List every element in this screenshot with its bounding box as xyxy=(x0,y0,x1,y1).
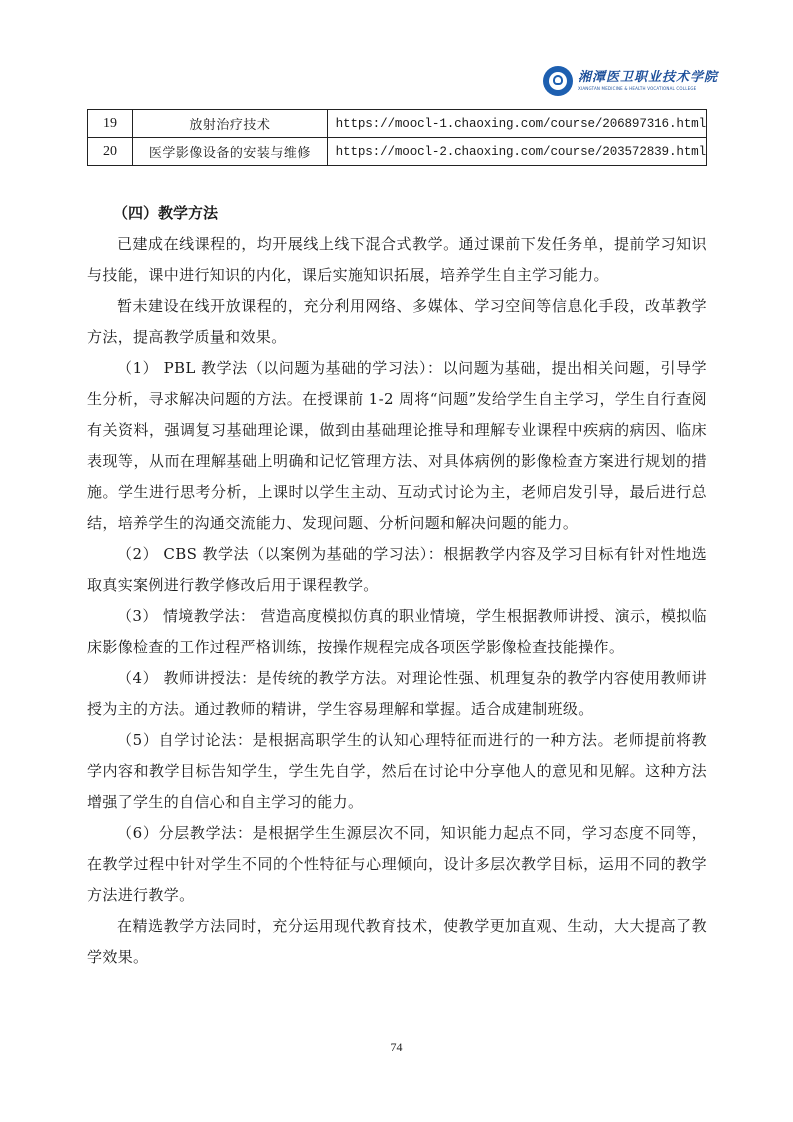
section-heading: （四）教学方法 xyxy=(113,198,707,229)
logo-name-en: XIANGTAN MEDICINE & HEALTH VOCATIONAL CO… xyxy=(578,87,718,91)
paragraph-no-online-courses: 暂未建设在线开放课程的，充分利用网络、多媒体、学习空间等信息化手段，改革教学方法… xyxy=(87,291,707,353)
paragraph-situational-method: （3） 情境教学法： 营造高度模拟仿真的职业情境，学生根据教师讲授、演示，模拟临… xyxy=(87,601,707,663)
course-url-link[interactable]: https://moocl-2.chaoxing.com/course/2035… xyxy=(327,138,706,166)
course-name: 医学影像设备的安装与维修 xyxy=(133,138,328,166)
college-logo: 湘潭医卫职业技术学院 XIANGTAN MEDICINE & HEALTH VO… xyxy=(543,66,718,96)
course-name: 放射治疗技术 xyxy=(133,110,328,138)
paragraph-self-study-method: （5）自学讨论法：是根据高职学生的认知心理特征而进行的一种方法。老师提前将教学内… xyxy=(87,725,707,818)
logo-text: 湘潭医卫职业技术学院 XIANGTAN MEDICINE & HEALTH VO… xyxy=(578,71,718,91)
paragraph-lecture-method: （4） 教师讲授法：是传统的教学方法。对理论性强、机理复杂的教学内容使用教师讲授… xyxy=(87,663,707,725)
page-header: 湘潭医卫职业技术学院 XIANGTAN MEDICINE & HEALTH VO… xyxy=(0,0,793,108)
college-emblem-icon xyxy=(543,66,573,96)
page-number: 74 xyxy=(0,1040,793,1055)
teaching-methods-section: （四）教学方法 已建成在线课程的，均开展线上线下混合式教学。通过课前下发任务单，… xyxy=(87,198,707,973)
paragraph-pbl-method: （1） PBL 教学法（以问题为基础的学习法）：以问题为基础，提出相关问题，引导… xyxy=(87,353,707,539)
paragraph-tiered-method: （6）分层教学法：是根据学生生源层次不同，知识能力起点不同，学习态度不同等，在教… xyxy=(87,818,707,911)
row-number: 19 xyxy=(88,110,133,138)
logo-name-cn: 湘潭医卫职业技术学院 xyxy=(578,71,718,84)
row-number: 20 xyxy=(88,138,133,166)
course-url-table: 19 放射治疗技术 https://moocl-1.chaoxing.com/c… xyxy=(87,109,707,166)
paragraph-online-courses: 已建成在线课程的，均开展线上线下混合式教学。通过课前下发任务单，提前学习知识与技… xyxy=(87,229,707,291)
course-url-link[interactable]: https://moocl-1.chaoxing.com/course/2068… xyxy=(327,110,706,138)
paragraph-cbs-method: （2） CBS 教学法（以案例为基础的学习法）：根据教学内容及学习目标有针对性地… xyxy=(87,539,707,601)
paragraph-conclusion: 在精选教学方法同时，充分运用现代教育技术，使教学更加直观、生动，大大提高了教学效… xyxy=(87,911,707,973)
table-row: 20 医学影像设备的安装与维修 https://moocl-2.chaoxing… xyxy=(88,138,707,166)
table-row: 19 放射治疗技术 https://moocl-1.chaoxing.com/c… xyxy=(88,110,707,138)
